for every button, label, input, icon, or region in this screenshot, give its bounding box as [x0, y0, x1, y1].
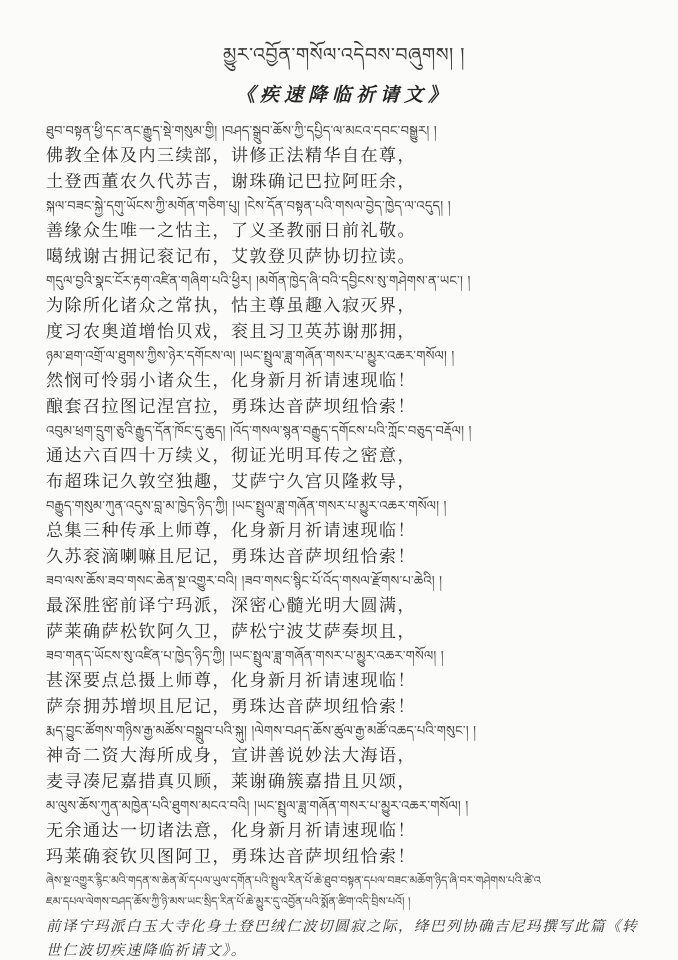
colophon-tibetan-line2: ཇམ་དཔལ་ལེགས་བཤད་ཆོས་ཀྱི་ཉི་མས་ཡང་སྲིད་རི… — [46, 891, 642, 912]
verse-line-tibetan: བརྒྱུད་གསུམ་ཀུན་འདུས་བླ་མ་ཁྱེད་ཉིད་ཀྱི། … — [46, 495, 642, 518]
verse-line-chinese: 布超珠记久敦空独趣，艾萨宁久宫贝隆救导， — [46, 469, 642, 495]
verse-line-tibetan: ཟབ་ལས་ཆོས་ཟབ་གསང་ཆེན་སྔ་འགྱུར་བའི། །ཟབ་ག… — [46, 570, 642, 593]
verse-line-chinese: 善缘众生唯一之怙主，了义圣教丽日前礼敬。 — [46, 218, 642, 244]
verse-line-chinese: 玛莱确衮钦贝图阿卫，勇珠达音萨坝纽恰索！ — [46, 844, 642, 870]
verse-line-tibetan: རྨད་བྱུང་ཚོགས་གཉིས་རྒྱ་མཚོས་བསྒྲུབ་པའི་ས… — [46, 720, 642, 743]
verse-line-tibetan: མ་ལུས་ཆོས་ཀུན་མཁྱེན་པའི་ཐུགས་མངའ་བའི། །ཡ… — [46, 795, 642, 818]
verse-line-tibetan: ཟབ་གནད་ཡོངས་སུ་འཛིན་པ་ཁྱེད་ཉིད་ཀྱི། །ཡང་… — [46, 645, 642, 668]
verse-line-chinese: 为除所化诸众之常执，怙主尊虽趣入寂灭界， — [46, 293, 642, 319]
colophon-tibetan-line1: ཞེས་སྔ་འགྱུར་རྙིང་མའི་གདན་ས་ཆེན་མོ་དཔལ་ཡ… — [46, 870, 642, 891]
verse-line-tibetan: འབུམ་ཕྲག་དྲུག་ཅུའི་རྒྱུད་དོན་ཁོང་དུ་ཆུད།… — [46, 420, 642, 443]
verse-line-chinese: 萨莱确萨松钦阿久卫，萨松宁波艾萨奏坝且， — [46, 619, 642, 645]
verse-line-chinese: 神奇二资大海所成身，宣讲善说妙法大海语， — [46, 743, 642, 769]
verse-line-chinese: 无余通达一切诸法意，化身新月祈请速现临！ — [46, 818, 642, 844]
verse-line-chinese: 麦寻凑尼嘉措真贝顾，莱谢确簇嘉措且贝颂， — [46, 769, 642, 795]
verse-line-tibetan: ཉམ་ཐག་འགྲོ་ལ་ཐུགས་ཀྱིས་ཉེར་དགོངས་ལ། །ཡང་… — [46, 345, 642, 368]
verse-line-chinese: 土登西董农久代苏吉，谢珠确记巴拉阿旺余， — [46, 169, 642, 195]
tibetan-title: མྱུར་འབྱོན་གསོལ་འདེབས་བཞུགས། ། — [46, 40, 642, 70]
verse-line-tibetan: གདུལ་བྱའི་སྣང་ངོར་རྟག་འཛིན་གཞིག་པའི་ཕྱིར… — [46, 270, 642, 293]
document-page: མྱུར་འབྱོན་གསོལ་འདེབས་བཞུགས། ། 《疾速降临祈请文》… — [0, 0, 678, 960]
verse-line-tibetan: སྐལ་བཟང་སྐྱེ་དགུ་ཡོངས་ཀྱི་མགོན་གཅིག་པུ། … — [46, 195, 642, 218]
verse-line-chinese: 甚深要点总摄上师尊，化身新月祈请速现临！ — [46, 668, 642, 694]
verse-line-chinese: 最深胜密前译宁玛派，深密心髓光明大圆满， — [46, 593, 642, 619]
verse-line-chinese: 久苏衮滴喇嘛且尼记，勇珠达音萨坝纽恰索！ — [46, 544, 642, 570]
chinese-title: 《疾速降临祈请文》 — [46, 80, 642, 110]
verse-line-chinese: 总集三种传承上师尊，化身新月祈请速现临！ — [46, 518, 642, 544]
verse-line-tibetan: ཐུབ་བསྟན་ཕྱི་དང་ནང་རྒྱུད་སྡེ་གསུམ་གྱི། །… — [46, 120, 642, 143]
verse-line-chinese: 通达六百四十万续义，彻证光明耳传之密意， — [46, 443, 642, 469]
verse-line-chinese: 噶绒谢古拥记衮记布，艾敦登贝萨协切拉读。 — [46, 244, 642, 270]
verse-line-chinese: 度习农奥道增怡贝戏，衮且习卫英苏谢那拥， — [46, 319, 642, 345]
verse-line-chinese: 萨奈拥苏增坝且尼记，勇珠达音萨坝纽恰索！ — [46, 694, 642, 720]
verse-line-chinese: 佛教全体及内三续部，讲修正法精华自在尊， — [46, 143, 642, 169]
verse-line-chinese: 酿套召拉图记涅宫拉，勇珠达音萨坝纽恰索！ — [46, 394, 642, 420]
verse-line-chinese: 然悯可怜弱小诸众生，化身新月祈请速现临！ — [46, 368, 642, 394]
colophon-chinese: 前译宁玛派白玉大寺化身土登巴绒仁波切圆寂之际，绛巴列协确吉尼玛撰写此篇《转世仁波… — [46, 915, 642, 960]
